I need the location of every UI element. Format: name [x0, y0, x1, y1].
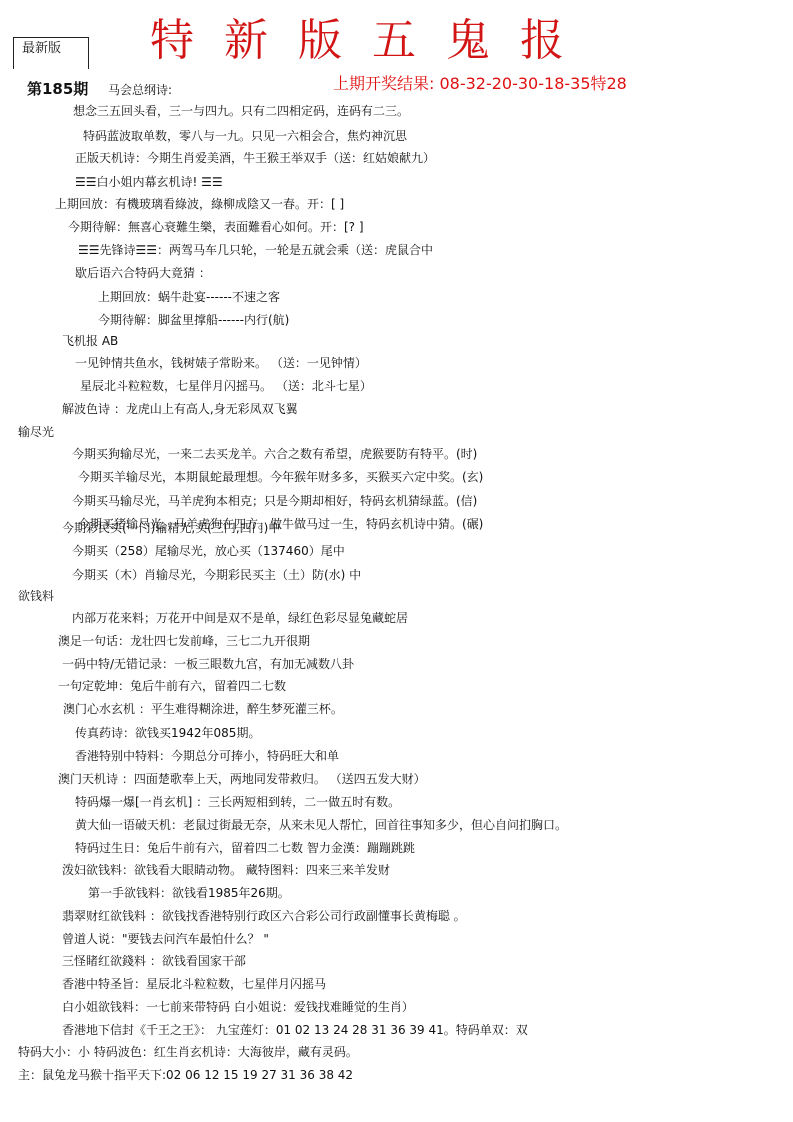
last-draw-result: 上期开奖结果: 08-32-20-30-18-35特28 — [333, 74, 627, 94]
text-line: 泼妇欲钱料：欲钱看大眼睛动物。 藏特图料：四来三来羊发财 — [62, 862, 390, 878]
text-line: 特码大小：小 特码波色：红生肖玄机诗：大海彼岸，藏有灵码。 — [18, 1044, 358, 1060]
text-line: 曾道人说："要钱去问汽车最怕什么？ " — [62, 931, 269, 947]
text-line: 特码爆一爆[一肖玄机] ：三长两短相到转，二一做五时有数。 — [75, 794, 400, 810]
text-line: 内部万花来料；万花开中间是双不是单，绿红色彩尽显兔藏蛇居 — [72, 610, 408, 626]
text-line: 第一手欲钱料：欲钱看1985年26期。 — [88, 885, 290, 901]
text-line: 特码过生日：兔后牛前有六，留着四二七数 智力金漢：蹦蹦跳跳 — [75, 840, 415, 856]
text-line: 翡翠财红欲钱料 ：欲钱找香港特别行政区六合彩公司行政副懂事长黄梅聪 。 — [62, 908, 466, 924]
text-line: 黄大仙一语破天机：老鼠过街最无奈，从来未见人帮忙，回首往事知多少，但心自问扪胸口… — [75, 817, 567, 833]
text-line: 今期买羊输尽光，本期鼠蛇最理想。今年猴年财多多，买猴买六定中奖。(玄) — [78, 469, 483, 485]
text-line: 上期回放：蜗牛赴宴------不速之客 — [98, 289, 280, 305]
text-line: 解波色诗 ：龙虎山上有高人,身无彩凤双飞翼 — [62, 401, 298, 417]
text-line: 澳门心水玄机 ：平生难得糊涂进，醉生梦死灌三杯。 — [63, 701, 343, 717]
issue-subtitle: 马会总纲诗: — [108, 83, 172, 97]
text-line: 今期买马输尽光，马羊虎狗本相克；只是今期却相好，特码玄机猜绿蓝。(信) — [72, 493, 477, 509]
text-line: 输尽光 — [18, 424, 54, 440]
text-line: 飞机报 AB — [62, 333, 118, 349]
masthead-title: 特新版五鬼报 — [150, 16, 594, 66]
text-line: 今期买狗输尽光，一来二去买龙羊。六合之数有希望，虎猴要防有特平。(时) — [72, 446, 477, 462]
text-line: 澳足一句话：龙壮四七发前峰，三七二九开很期 — [58, 633, 310, 649]
issue-number: 第185期 — [27, 80, 88, 98]
text-line: 澳门天机诗 ：四面楚歌奉上天，两地同发带救归。 （送四五发大财） — [58, 771, 426, 787]
text-line: 上期回放：有機玻璃看綠波，綠柳成陰又一春。开：[ ] — [55, 196, 344, 212]
text-line: 今期彩民买(一门)输精光,买(三门,四门)中 — [62, 520, 280, 536]
text-line: 香港特别中特料：今期总分可捧小，特码旺大和单 — [75, 748, 339, 764]
text-line: 白小姐欲钱料：一七前来带特码 白小姐说：爱钱找难睡觉的生肖） — [62, 999, 414, 1015]
text-line: 香港地下信封《千王之王》： 九宝莲灯：01 02 13 24 28 31 36 … — [62, 1022, 528, 1038]
text-line: 今期买（258）尾输尽光，放心买（137460）尾中 — [72, 543, 345, 559]
text-line: 主：鼠兔龙马猴十指平天下:02 06 12 15 19 27 31 36 38 … — [18, 1067, 353, 1083]
text-line: ☰☰白小姐内幕玄机诗! ☰☰ — [75, 174, 223, 190]
text-line: 一句定乾坤：兔后牛前有六，留着四二七数 — [58, 678, 286, 694]
text-line: 一码中特/无错记录：一板三眼数九宫，有加无减数八卦 — [62, 656, 354, 672]
text-line: 正版天机诗：今期生肖爱美酒，牛王猴王举双手（送：红姑娘献九） — [75, 150, 435, 166]
text-line: 传真药诗：欲钱买1942年085期。 — [75, 725, 260, 741]
text-line: 歇后语六合特码大竟猜 ： — [75, 265, 211, 281]
text-line: 香港中特圣旨：星辰北斗粒粒数，七星伴月闪摇马 — [62, 976, 326, 992]
text-line: 特码蓝波取单数，零八与一九。只见一六相会合，焦灼神沉思 — [83, 128, 407, 144]
text-line: 一见钟情共鱼水，钱树婊子常盼来。 （送：一见钟情） — [75, 355, 367, 371]
text-line: 星辰北斗粒粒数，七星伴月闪摇马。 （送：北斗七星） — [80, 378, 372, 394]
text-line: 三怪睹红欲錢料 ：欲钱看国家干部 — [62, 953, 246, 969]
text-line: ☰☰先锋诗☰☰：两驾马车几只轮，一轮是五就会乘（送：虎鼠合中 — [78, 242, 433, 258]
text-line: 今期待解：脚盆里撑船------内行(航) — [98, 312, 289, 328]
text-line: 欲钱料 — [18, 588, 54, 604]
latest-edition-badge: 最新版 — [13, 37, 89, 69]
text-line: 今期待解：無喜心衰難生樂，表面難看心如何。开：[? ] — [68, 219, 364, 235]
text-line: 想念三五回头看，三一与四九。只有二四相定码，连码有二三。 — [73, 103, 409, 119]
text-line: 今期买（木）肖输尽光，今期彩民买主（土）防(水) 中 — [72, 567, 361, 583]
